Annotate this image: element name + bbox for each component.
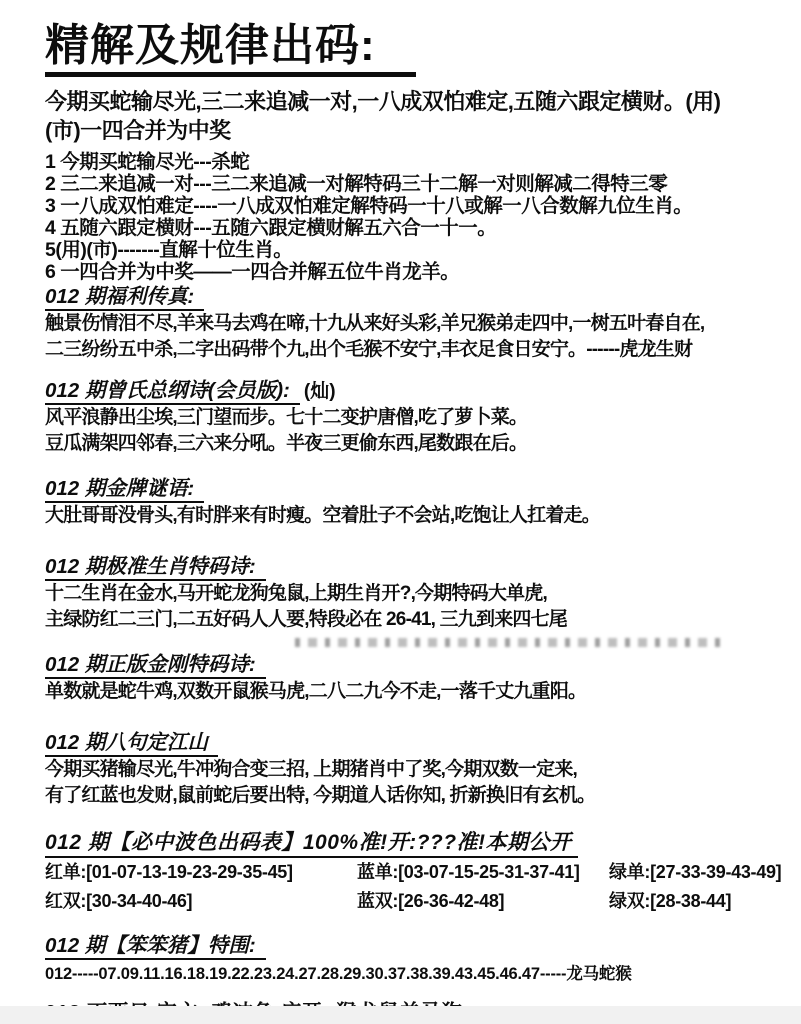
section-line: 今期买猪输尽光,牛冲狗合变三招, 上期猪肖中了奖,今期双数一定来, <box>45 757 773 783</box>
rule-item: 5(用)(市)-------直解十位生肖。 <box>45 239 773 261</box>
blue-doubles: 蓝双:[26-36-42-48] <box>357 887 609 916</box>
section-line: 主绿防红二三门,二五好码人人要,特段必在 26-41, 三九到来四七尾 <box>45 607 773 633</box>
section-line: 触景伤情泪不尽,羊来马去鸡在啼,十九从来好头彩,羊兄猴弟走四中,一树五叶春自在, <box>45 311 773 337</box>
section-heading: 012 期极准生肖特码诗: <box>45 555 266 581</box>
section-jingang-tema-shi: 012 期正版金刚特码诗: 单数就是蛇牛鸡,双数开鼠猴马虎,二八二九今不走,一落… <box>45 653 773 705</box>
section-fuli-chuanzhen: 012 期福利传真: 触景伤情泪不尽,羊来马去鸡在啼,十九从来好头彩,羊兄猴弟走… <box>45 285 773 363</box>
section-line: 风平浪静出尘埃,三门望而步。七十二变护唐僧,吃了萝卜菜。 <box>45 405 773 431</box>
section-zengshi-zonggangshi: 012 期曾氏总纲诗(会员版):(灿) 风平浪静出尘埃,三门望而步。七十二变护唐… <box>45 379 773 457</box>
wave-table-heading: 012 期【必中波色出码表】100%准!开:???准!本期公开 <box>45 831 578 858</box>
section-benbenzhu-tewei: 012 期【笨笨猪】特围: 012-----07.09.11.16.18.19.… <box>45 934 773 987</box>
document-page: 精解及规律出码: 今期买蛇输尽光,三二来追减一对,一八成双怕难定,五随六跟定横财… <box>0 0 801 1024</box>
tewei-numbers-line: 012-----07.09.11.16.18.19.22.23.24.27.28… <box>45 962 773 987</box>
section-heading: 012 期金牌谜语: <box>45 477 204 503</box>
section-heading: 012 期福利传真: <box>45 285 204 311</box>
intro-paragraph: 今期买蛇输尽光,三二来追减一对,一八成双怕难定,五随六跟定横财。(用) (市)一… <box>45 87 773 145</box>
section-line: 单数就是蛇牛鸡,双数开鼠猴马虎,二八二九今不走,一落千丈九重阳。 <box>45 679 773 705</box>
section-heading: 012 期正版金刚特码诗: <box>45 653 266 679</box>
red-doubles: 红双:[30-34-40-46] <box>45 887 357 916</box>
section-line: 大肚哥哥没骨头,有时胖来有时瘦。空着肚子不会站,吃饱让人扛着走。 <box>45 503 773 529</box>
green-singles: 绿单:[27-33-39-43-49] <box>609 858 781 887</box>
red-singles: 红单:[01-07-13-19-23-29-35-45] <box>45 858 357 887</box>
tewei-heading: 012 期【笨笨猪】特围: <box>45 934 266 960</box>
page-title: 精解及规律出码: <box>45 24 416 77</box>
bottom-scan-strip <box>0 1006 801 1024</box>
section-heading: 012 期曾氏总纲诗(会员版): <box>45 379 300 405</box>
rule-item: 1 今期买蛇输尽光---杀蛇 <box>45 151 773 173</box>
intro-line: (市)一四合并为中奖 <box>45 116 773 145</box>
blurred-text-line <box>295 638 725 647</box>
wave-row-singles: 红单:[01-07-13-19-23-29-35-45] 蓝单:[03-07-1… <box>45 858 773 887</box>
section-line: 二三纷纷五中杀,二字出码带个九,出个毛猴不安宁,丰衣足食日安宁。------虎龙… <box>45 337 773 363</box>
section-wave-color-table: 012 期【必中波色出码表】100%准!开:???准!本期公开 红单:[01-0… <box>45 831 773 916</box>
green-doubles: 绿双:[28-38-44] <box>609 887 773 916</box>
section-heading-suffix: (灿) <box>304 381 336 402</box>
rule-item: 3 一八成双怕难定----一八成双怕难定解特码一十八或解一八合数解九位生肖。 <box>45 195 773 217</box>
section-line: 豆瓜满架四邻春,三六来分吼。半夜三更偷东西,尾数跟在后。 <box>45 431 773 457</box>
blue-singles: 蓝单:[03-07-15-25-31-37-41] <box>357 858 609 887</box>
section-jizhun-shengxiao-shi: 012 期极准生肖特码诗: 十二生肖在金水,马开蛇龙狗兔鼠,上期生肖开?,今期特… <box>45 555 773 647</box>
section-baju-ding-jiangshan: 012 期八句定江山 今期买猪输尽光,牛冲狗合变三招, 上期猪肖中了奖,今期双数… <box>45 731 773 809</box>
section-heading: 012 期八句定江山 <box>45 731 218 757</box>
rule-item: 6 一四合并为中奖——一四合并解五位牛肖龙羊。 <box>45 261 773 283</box>
wave-row-doubles: 红双:[30-34-40-46] 蓝双:[26-36-42-48] 绿双:[28… <box>45 887 773 916</box>
rule-item: 4 五随六跟定横财---五随六跟定横财解五六合一十一。 <box>45 217 773 239</box>
section-jinpai-miyu: 012 期金牌谜语: 大肚哥哥没骨头,有时胖来有时瘦。空着肚子不会站,吃饱让人扛… <box>45 477 773 529</box>
rules-list: 1 今期买蛇输尽光---杀蛇 2 三二来追减一对---三二来追减一对解特码三十二… <box>45 151 773 283</box>
rule-item: 2 三二来追减一对---三二来追减一对解特码三十二解一对则解减二得特三零 <box>45 173 773 195</box>
intro-line: 今期买蛇输尽光,三二来追减一对,一八成双怕难定,五随六跟定横财。(用) <box>45 87 773 116</box>
section-line: 有了红蓝也发财,鼠前蛇后要出特, 今期道人话你知, 折新换旧有玄机。 <box>45 783 773 809</box>
section-line: 十二生肖在金水,马开蛇龙狗兔鼠,上期生肖开?,今期特码大单虎, <box>45 581 773 607</box>
